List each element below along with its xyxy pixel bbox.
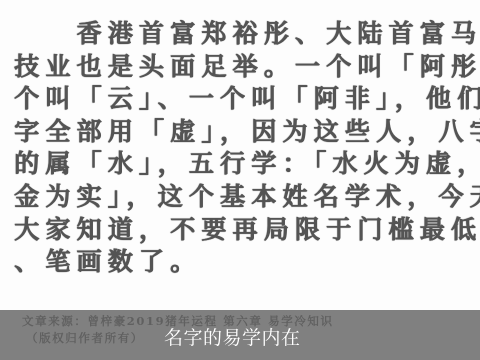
- text-line: 字全部用「虚」，因为这些人，八字先种: [14, 116, 470, 149]
- copyright-text: （版权归作者所有）: [26, 330, 144, 346]
- article-body: 香港首富郑裕彤、大陆首富马云、科 技业也是头面足举。一个叫「阿彤」、一 个叫「云…: [14, 18, 470, 279]
- text-line: 香港首富郑裕彤、大陆首富马云、科: [14, 18, 470, 51]
- text-line: 的属「水」，五行学：「水火为虚，木土: [14, 148, 470, 181]
- caption-title: 名字的易学内在: [164, 323, 301, 350]
- text-line: 、笔画数了。: [14, 246, 470, 279]
- text-line: 技业也是头面足举。一个叫「阿彤」、一: [14, 51, 470, 84]
- text-line: 金为实」，这个基本姓名学术，今天要让: [14, 181, 470, 214]
- text-line: 个叫「云」、一个叫「阿非」，他们的名: [14, 83, 470, 116]
- text-line: 大家知道，不要再局限于门槛最低的五行: [14, 214, 470, 247]
- caption-band: 文章来源：曾梓豪2019猪年运程 第六章 易学冷知识 （版权归作者所有） 名字的…: [0, 310, 480, 360]
- document-page: 香港首富郑裕彤、大陆首富马云、科 技业也是头面足举。一个叫「阿彤」、一 个叫「云…: [0, 0, 480, 310]
